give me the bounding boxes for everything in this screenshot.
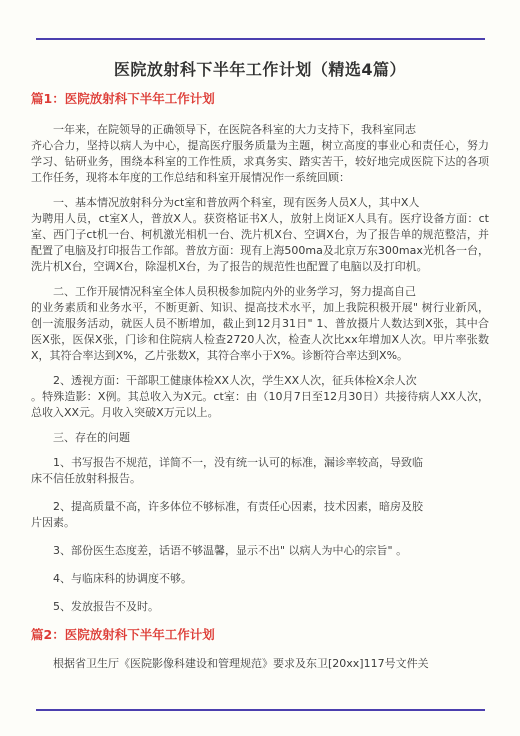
section-1-heading: 篇1：医院放射科下半年工作计划: [31, 91, 489, 106]
list-item-2: 2、提高质量不高，许多体位不够标准，有责任心因素，技术因素，暗房及胶 片因素。: [31, 499, 489, 531]
list-item-1: 1、书写报告不规范，详简不一，没有统一认可的标准，漏诊率较高，导致临 床不信任放…: [31, 455, 489, 487]
section-2-heading: 篇2：医院放射科下半年工作计划: [31, 627, 489, 642]
list-item-3: 3、部份医生态度差，话语不够温馨，显示不出" 以病人为中心的宗旨" 。: [31, 543, 489, 559]
document-content: 医院放射科下半年工作计划（精选4篇） 篇1：医院放射科下半年工作计划 一年来，在…: [31, 60, 489, 681]
top-divider: [36, 38, 485, 40]
paragraph-section2-intro: 根据省卫生厅《医院影像科建设和管理规范》要求及东卫[20xx]117号文件关: [31, 656, 489, 672]
paragraph-intro: 一年来，在院领导的正确领导下，在医院各科室的大力支持下，我科室同志 齐心合力，坚…: [31, 122, 489, 186]
paragraph-work-development: 二、工作开展情况科室全体人员积极参加院内外的业务学习，努力提高自己 的业务素质和…: [31, 284, 489, 364]
subheading-existing-problems: 三、存在的问题: [31, 430, 489, 446]
bottom-divider: [36, 709, 485, 711]
list-item-5: 5、发放报告不及时。: [31, 599, 489, 615]
paragraph-basic-situation: 一、基本情况放射科分为ct室和普放两个科室，现有医务人员X人，其中X人 为聘用人…: [31, 195, 489, 275]
list-item-4: 4、与临床科的协调度不够。: [31, 571, 489, 587]
paragraph-fluoroscopy: 2、透视方面：干部职工健康体检XX人次，学生XX人次，征兵体检X余人次 。特殊造…: [31, 373, 489, 421]
page-title: 医院放射科下半年工作计划（精选4篇）: [31, 60, 489, 80]
document-page: 医院放射科下半年工作计划（精选4篇） 篇1：医院放射科下半年工作计划 一年来，在…: [0, 0, 520, 736]
